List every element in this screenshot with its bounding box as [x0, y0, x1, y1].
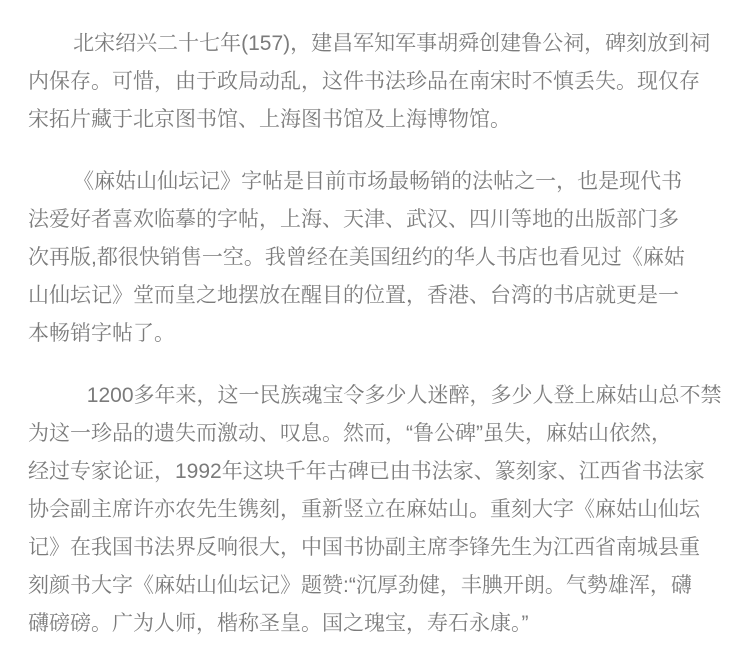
text-line: 山仙坛记》堂而皇之地摆放在醒目的位置，香港、台湾的书店就更是一: [28, 277, 722, 315]
text-line: 1200多年来，这一民族魂宝令多少人迷醉，多少人登上麻姑山总不禁: [28, 377, 722, 415]
text-line: 次再版,都很快销售一空。我曾经在美国纽约的华人书店也看见过《麻姑: [28, 239, 722, 277]
text-line: 内保存。可惜，由于政局动乱，这件书法珍品在南宋时不慎丢失。现仅存: [28, 63, 722, 101]
text-line: 北宋绍兴二十七年(157)，建昌军知军事胡舜创建鲁公祠，碑刻放到祠: [28, 25, 722, 63]
text-line: 经过专家论证，1992年这块千年古碑已由书法家、篆刻家、江西省书法家: [28, 453, 722, 491]
text-line: 本畅销字帖了。: [28, 315, 722, 353]
text-line: 记》在我国书法界反响很大，中国书协副主席李锋先生为江西省南城县重: [28, 529, 722, 567]
text-line: 《麻姑山仙坛记》字帖是目前市场最畅销的法帖之一，也是现代书: [28, 163, 722, 201]
text-line: 协会副主席许亦农先生镌刻，重新竖立在麻姑山。重刻大字《麻姑山仙坛: [28, 491, 722, 529]
text-line: 刻颜书大字《麻姑山仙坛记》题赞:“沉厚劲健，丰腆开朗。气勢雄浑，礴: [28, 567, 722, 605]
text-line: 法爱好者喜欢临摹的字帖，上海、天津、武汉、四川等地的出版部门多: [28, 201, 722, 239]
text-line: 为这一珍品的遗失而激动、叹息。然而，“鲁公碑”虽失，麻姑山依然，: [28, 415, 722, 453]
document-body: 北宋绍兴二十七年(157)，建昌军知军事胡舜创建鲁公祠，碑刻放到祠 内保存。可惜…: [0, 0, 748, 657]
paragraph-2: 《麻姑山仙坛记》字帖是目前市场最畅销的法帖之一，也是现代书 法爱好者喜欢临摹的字…: [28, 163, 722, 353]
paragraph-1: 北宋绍兴二十七年(157)，建昌军知军事胡舜创建鲁公祠，碑刻放到祠 内保存。可惜…: [28, 25, 722, 139]
text-line: 礴磅磅。广为人师，楷称圣皇。国之瑰宝，寿石永康。”: [28, 605, 722, 643]
paragraph-3: 1200多年来，这一民族魂宝令多少人迷醉，多少人登上麻姑山总不禁 为这一珍品的遗…: [28, 377, 722, 643]
text-line: 宋拓片藏于北京图书馆、上海图书馆及上海博物馆。: [28, 101, 722, 139]
